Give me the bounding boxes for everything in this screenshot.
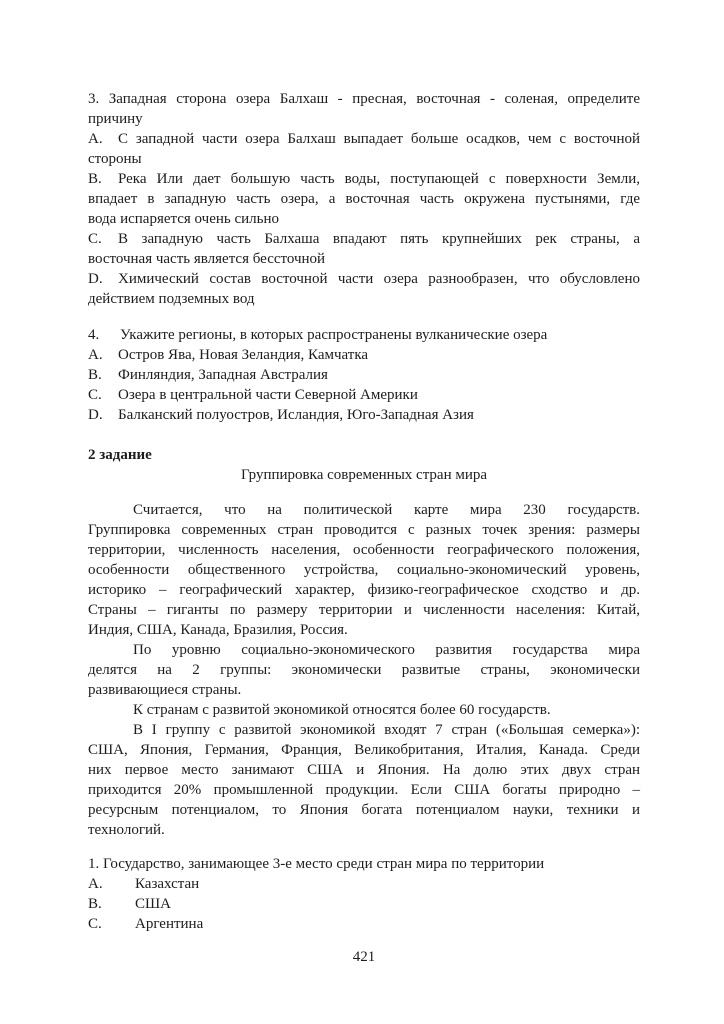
list-marker: A.: [88, 874, 135, 894]
line-text: С западной части озера Балхаш выпадает б…: [118, 131, 640, 147]
line-text: Индия, США, Канада, Бразилия, Россия.: [88, 622, 348, 638]
text-line: Индия, США, Канада, Бразилия, Россия.: [88, 620, 640, 640]
text-line: A.Остров Ява, Новая Зеландия, Камчатка: [88, 345, 640, 365]
line-text: Река Или дает большую часть воды, поступ…: [118, 171, 640, 187]
line-text: историко – географический характер, физи…: [88, 582, 640, 598]
text-line: 4.Укажите регионы, в которых распростран…: [88, 325, 640, 345]
text-line: стороны: [88, 149, 640, 169]
line-text: Считается, что на политической карте мир…: [133, 502, 640, 518]
line-text: США: [135, 896, 171, 912]
line-text: Группировка современных стран мира: [241, 467, 487, 483]
line-text: В западную часть Балхаша впадают пять кр…: [118, 231, 640, 247]
text-line: 3. Западная сторона озера Балхаш - пресн…: [88, 89, 640, 109]
line-text: развивающиеся страны.: [88, 682, 241, 698]
text-line: США, Япония, Германия, Франция, Великобр…: [88, 740, 640, 760]
line-text: По уровню социально-экономического разви…: [133, 642, 640, 658]
line-text: причину: [88, 111, 143, 127]
text-line: 1. Государство, занимающее 3-е место сре…: [88, 854, 640, 874]
line-text: Балканский полуостров, Исландия, Юго-Зап…: [118, 407, 474, 423]
text-line: B.Река Или дает большую часть воды, пост…: [88, 169, 640, 189]
question-4: 4.Укажите регионы, в которых распростран…: [88, 325, 640, 425]
document-page: 3. Западная сторона озера Балхаш - пресн…: [0, 0, 724, 1024]
line-text: Группировка современных стран проводится…: [88, 522, 640, 538]
text-line: вода испаряется очень сильно: [88, 209, 640, 229]
line-text: восточная часть является бессточной: [88, 251, 325, 267]
line-text: технологий.: [88, 822, 165, 838]
line-text: 1. Государство, занимающее 3-е место сре…: [88, 856, 544, 872]
line-text: 3. Западная сторона озера Балхаш - пресн…: [88, 91, 640, 107]
section-title: Группировка современных стран мира: [88, 465, 640, 485]
line-text: Укажите регионы, в которых распространен…: [120, 327, 547, 343]
paragraph-1: Считается, что на политической карте мир…: [88, 500, 640, 640]
line-text: вода испаряется очень сильно: [88, 211, 279, 227]
list-marker: 4.: [88, 325, 120, 345]
text-line: приходится 20% промышленной продукции. Е…: [88, 780, 640, 800]
question-3: 3. Западная сторона озера Балхаш - пресн…: [88, 89, 640, 309]
text-line: По уровню социально-экономического разви…: [88, 640, 640, 660]
line-text: приходится 20% промышленной продукции. Е…: [88, 782, 640, 798]
text-line: технологий.: [88, 820, 640, 840]
text-line: особенности общественного устройства, со…: [88, 560, 640, 580]
list-marker: B.: [88, 365, 118, 385]
text-line: C.В западную часть Балхаша впадают пять …: [88, 229, 640, 249]
line-text: территории, численность населения, особе…: [88, 542, 640, 558]
list-marker: D.: [88, 269, 118, 289]
text-line: Считается, что на политической карте мир…: [88, 500, 640, 520]
text-line: C.Аргентина: [88, 914, 640, 934]
line-text: 2 задание: [88, 447, 152, 463]
text-line: Группировка современных стран проводится…: [88, 520, 640, 540]
text-line: C.Озера в центральной части Северной Аме…: [88, 385, 640, 405]
text-line: A.С западной части озера Балхаш выпадает…: [88, 129, 640, 149]
text-line: впадает в западную часть озера, а восточ…: [88, 189, 640, 209]
text-line: территории, численность населения, особе…: [88, 540, 640, 560]
text-line: ресурсным потенциалом, то Япония богата …: [88, 800, 640, 820]
text-line: развивающиеся страны.: [88, 680, 640, 700]
text-line: B.США: [88, 894, 640, 914]
list-marker: C.: [88, 229, 118, 249]
text-line: них первое место занимают США и Япония. …: [88, 760, 640, 780]
text-line: историко – географический характер, физи…: [88, 580, 640, 600]
question-1: 1. Государство, занимающее 3-е место сре…: [88, 854, 640, 934]
line-text: них первое место занимают США и Япония. …: [88, 762, 640, 778]
paragraph-2: По уровню социально-экономического разви…: [88, 640, 640, 700]
list-marker: B.: [88, 894, 135, 914]
text-line: D.Химический состав восточной части озер…: [88, 269, 640, 289]
line-text: делятся на 2 группы: экономически развит…: [88, 662, 640, 678]
text-line: Группировка современных стран мира: [88, 465, 640, 485]
line-text: Финляндия, Западная Австралия: [118, 367, 328, 383]
line-text: Аргентина: [135, 916, 203, 932]
line-text: впадает в западную часть озера, а восточ…: [88, 191, 640, 207]
text-line: делятся на 2 группы: экономически развит…: [88, 660, 640, 680]
text-line: Страны – гиганты по размеру территории и…: [88, 600, 640, 620]
list-marker: A.: [88, 345, 118, 365]
text-line: A.Казахстан: [88, 874, 640, 894]
list-marker: D.: [88, 405, 118, 425]
text-line: 2 задание: [88, 445, 640, 465]
line-text: США, Япония, Германия, Франция, Великобр…: [88, 742, 640, 758]
list-marker: B.: [88, 169, 118, 189]
page-number: 421: [88, 947, 640, 967]
line-text: стороны: [88, 151, 142, 167]
list-marker: C.: [88, 385, 118, 405]
text-line: действием подземных вод: [88, 289, 640, 309]
text-line: К странам с развитой экономикой относятс…: [88, 700, 640, 720]
text-line: В I группу с развитой экономикой входят …: [88, 720, 640, 740]
document-content: 3. Западная сторона озера Балхаш - пресн…: [0, 0, 724, 967]
line-text: Остров Ява, Новая Зеландия, Камчатка: [118, 347, 368, 363]
list-marker: A.: [88, 129, 118, 149]
line-text: В I группу с развитой экономикой входят …: [133, 722, 640, 738]
line-text: Казахстан: [135, 876, 199, 892]
line-text: Озера в центральной части Северной Амери…: [118, 387, 418, 403]
paragraph-3: К странам с развитой экономикой относятс…: [88, 700, 640, 720]
line-text: Страны – гиганты по размеру территории и…: [88, 602, 640, 618]
list-marker: C.: [88, 914, 135, 934]
text-line: причину: [88, 109, 640, 129]
text-line: D.Балканский полуостров, Исландия, Юго-З…: [88, 405, 640, 425]
line-text: К странам с развитой экономикой относятс…: [133, 702, 551, 718]
task-2-heading: 2 задание: [88, 445, 640, 465]
text-line: B.Финляндия, Западная Австралия: [88, 365, 640, 385]
paragraph-4: В I группу с развитой экономикой входят …: [88, 720, 640, 840]
line-text: особенности общественного устройства, со…: [88, 562, 640, 578]
line-text: действием подземных вод: [88, 291, 255, 307]
text-line: восточная часть является бессточной: [88, 249, 640, 269]
line-text: ресурсным потенциалом, то Япония богата …: [88, 802, 640, 818]
line-text: Химический состав восточной части озера …: [118, 271, 640, 287]
